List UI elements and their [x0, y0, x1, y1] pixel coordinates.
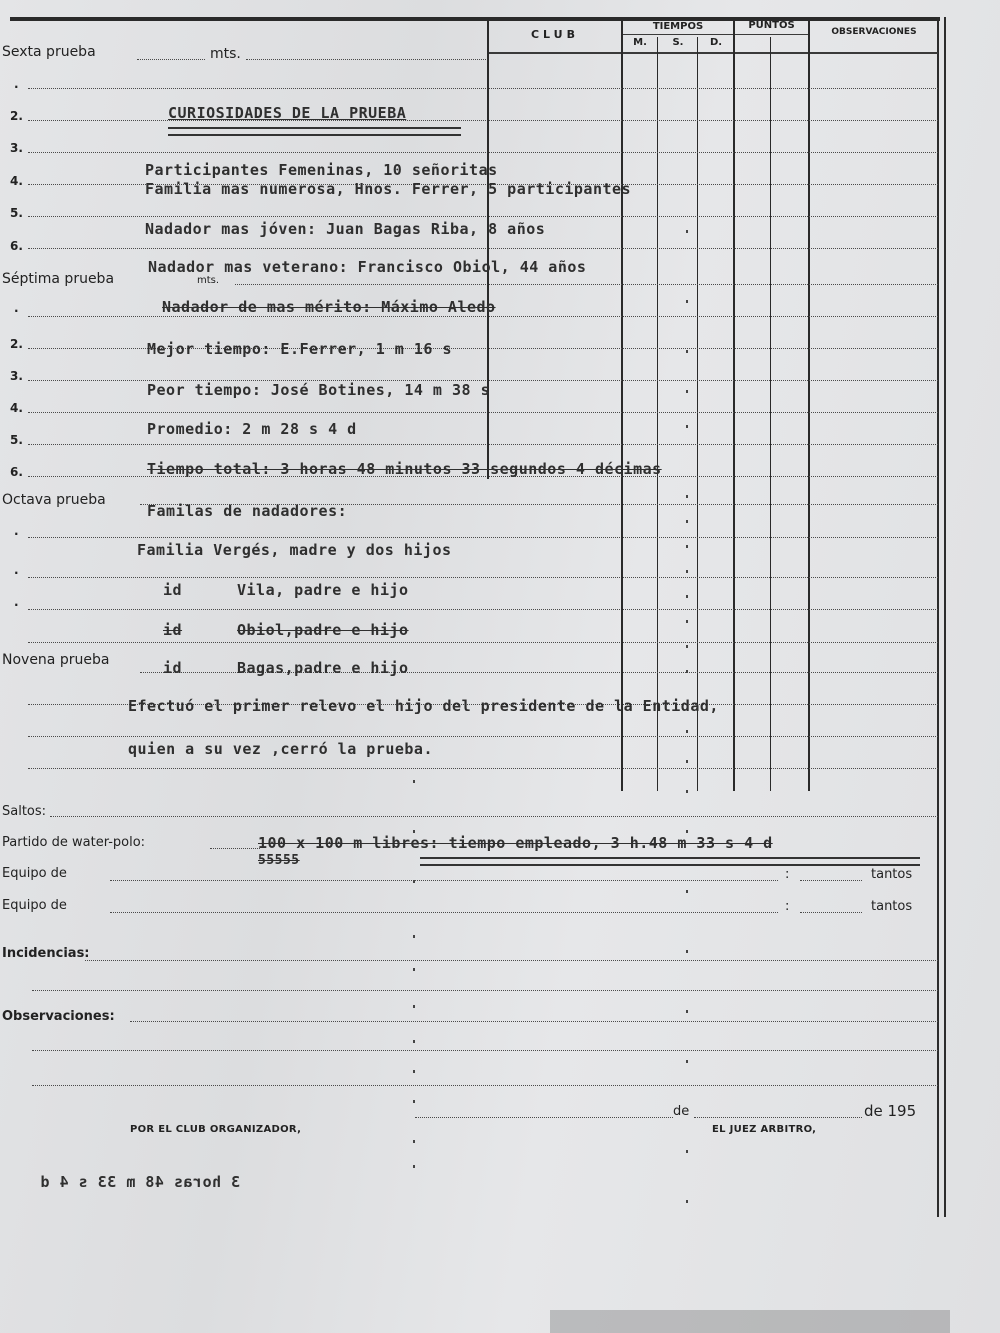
- sexta-prueba-label: Sexta prueba: [2, 44, 96, 60]
- row-line: [489, 284, 938, 285]
- row-line: [623, 577, 938, 578]
- sexta-row-4-num: 4.: [10, 174, 23, 188]
- dot: [686, 300, 688, 303]
- row-line: [489, 248, 938, 249]
- equipo-2-name-field[interactable]: [110, 912, 778, 913]
- septima-prueba-label: Séptima prueba: [2, 271, 114, 287]
- sexta-prueba-name-field[interactable]: [246, 59, 486, 60]
- septima-mts-label: mts.: [197, 275, 219, 286]
- dot: [686, 425, 688, 428]
- typed-line-primer-relevo: Efectuó el primer relevo el hijo del pre…: [128, 697, 719, 715]
- typed-line-familia-verges: Familia Vergés, madre y dos hijos: [137, 541, 452, 559]
- equipo-1-colon: :: [785, 867, 789, 882]
- dot: [686, 545, 688, 548]
- sexta-row-3-num: 3.: [10, 141, 23, 155]
- equipo-2-score-field[interactable]: [800, 912, 862, 913]
- row-line: [28, 248, 486, 249]
- typed-line-nadador-veterano: Nadador mas veterano: Francisco Obiol, 4…: [148, 258, 586, 276]
- typed-crossed-out-digits: 55555: [258, 853, 300, 868]
- typed-id-mark-1: id: [163, 581, 182, 599]
- puntos-split-line: [770, 37, 771, 791]
- saltos-label: Saltos:: [2, 804, 46, 819]
- equipo-2-colon: :: [785, 899, 789, 914]
- place-field[interactable]: [415, 1117, 673, 1118]
- equipo-1-name-field[interactable]: [110, 880, 778, 881]
- date-de-label: de: [673, 1104, 689, 1119]
- typed-line-cerro-prueba: quien a su vez ,cerró la prueba.: [128, 740, 433, 758]
- equipo-1-tantos-label: tantos: [871, 867, 912, 882]
- dot: [413, 880, 415, 883]
- heading-double-underline: [168, 127, 461, 136]
- row-line: [489, 348, 938, 349]
- septima-row-5-num: 5.: [10, 433, 23, 447]
- row-line: [235, 284, 486, 285]
- septima-row-6-num: 6.: [10, 465, 23, 479]
- page-bottom-shadow: [550, 1310, 950, 1333]
- typed-line-nadador-joven: Nadador mas jóven: Juan Bagas Riba, 8 añ…: [145, 220, 545, 238]
- octava-row-1-num: ·: [14, 527, 19, 541]
- typed-strike-rule: [420, 857, 920, 866]
- dot: [686, 595, 688, 598]
- typed-line-bagas: Bagas,padre e hijo: [237, 659, 409, 677]
- observaciones-col-left-line: [808, 19, 810, 791]
- row-line: [489, 216, 938, 217]
- puntos-header: PUNTOS: [735, 20, 808, 31]
- row-line: [489, 316, 938, 317]
- typed-id-mark-2: id: [163, 621, 182, 639]
- dot: [686, 570, 688, 573]
- row-line: [28, 577, 620, 578]
- septima-row-3-num: 3.: [10, 369, 23, 383]
- dot: [686, 620, 688, 623]
- dot: [686, 390, 688, 393]
- row-line: [28, 642, 620, 643]
- tiempos-d-header: D.: [699, 37, 733, 48]
- octava-prueba-label: Octava prueba: [2, 492, 106, 508]
- dot: [686, 670, 688, 673]
- row-line: [28, 316, 486, 317]
- saltos-field[interactable]: [50, 816, 938, 817]
- septima-row-1-num: ·: [14, 304, 19, 318]
- dot: [686, 1150, 688, 1153]
- row-line: [28, 88, 486, 89]
- row-line: [623, 736, 938, 737]
- swim-event-form-page: CLUB TIEMPOS M. S. D. PUNTOS OBSERVACION…: [0, 0, 1000, 1333]
- sexta-row-2-num: 2.: [10, 109, 23, 123]
- octava-row-2-num: ·: [14, 566, 19, 580]
- dot: [413, 780, 415, 783]
- dot: [413, 1040, 415, 1043]
- row-line: [623, 504, 938, 505]
- septima-row-4-num: 4.: [10, 401, 23, 415]
- equipo-2-tantos-label: tantos: [871, 899, 912, 914]
- row-line: [28, 609, 620, 610]
- row-line: [489, 152, 938, 153]
- equipo-1-score-field[interactable]: [800, 880, 862, 881]
- dot: [686, 230, 688, 233]
- dot: [686, 350, 688, 353]
- row-line: [623, 672, 938, 673]
- typed-line-nadador-merito: Nadador de mas mérito: Máximo Aledo: [162, 298, 496, 316]
- year-prefix-label: de 195: [864, 1102, 916, 1120]
- sexta-row-5-num: 5.: [10, 206, 23, 220]
- equipo-2-label: Equipo de: [2, 898, 67, 913]
- typed-line-familias-heading: Familas de nadadores:: [147, 502, 347, 520]
- dot: [413, 1100, 415, 1103]
- dot: [686, 645, 688, 648]
- dot: [413, 1005, 415, 1008]
- dot: [413, 968, 415, 971]
- typed-line-familia-numerosa: Familia mas numerosa, Hnos. Ferrer, 5 pa…: [145, 180, 631, 198]
- sexta-prueba-distance-field[interactable]: [137, 59, 205, 60]
- row-line: [28, 736, 620, 737]
- sexta-mts-label: mts.: [210, 46, 241, 62]
- observaciones-label: Observaciones:: [2, 1009, 115, 1024]
- mirrored-offset-text-wrap: 3 horas 48 m 33 s 4 d: [40, 1173, 240, 1191]
- novena-prueba-label: Novena prueba: [2, 652, 109, 668]
- dot: [413, 1140, 415, 1143]
- incidencias-label: Incidencias:: [2, 946, 90, 961]
- dot: [686, 760, 688, 763]
- incidencias-field-1[interactable]: [85, 960, 938, 961]
- header-bottom-rule: [489, 52, 938, 54]
- observaciones-field-3[interactable]: [32, 1085, 938, 1086]
- typed-line-mejor-tiempo: Mejor tiempo: E.Ferrer, 1 m 16 s: [147, 340, 452, 358]
- row-line: [623, 609, 938, 610]
- typed-line-peor-tiempo: Peor tiempo: José Botines, 14 m 38 s: [147, 381, 490, 399]
- water-polo-label: Partido de water-polo:: [2, 835, 145, 850]
- dot: [686, 950, 688, 953]
- puntos-col-left-line: [733, 19, 735, 791]
- tiempos-header: TIEMPOS: [623, 21, 733, 32]
- mirrored-offset-text: 3 horas 48 m 33 s 4 d: [40, 1173, 240, 1191]
- dot: [686, 790, 688, 793]
- dot: [686, 1060, 688, 1063]
- equipo-1-label: Equipo de: [2, 866, 67, 881]
- typed-line-participantes: Participantes Femeninas, 10 señoritas: [145, 161, 498, 179]
- right-border-rule: [937, 17, 946, 1217]
- row-line: [28, 444, 486, 445]
- row-line: [28, 216, 486, 217]
- dot: [686, 520, 688, 523]
- row-line: [623, 537, 938, 538]
- typed-id-mark-3: id: [163, 659, 182, 677]
- dot: [686, 1010, 688, 1013]
- sexta-row-1-num: ·: [14, 80, 19, 94]
- typed-line-obiol: Obiol,padre e hijo: [237, 621, 409, 639]
- tiempos-d-col-line: [697, 37, 698, 791]
- tiempos-col-left-line: [621, 19, 623, 791]
- septima-row-2-num: 2.: [10, 337, 23, 351]
- dot: [413, 1070, 415, 1073]
- typed-line-tiempo-total: Tiempo total: 3 horas 48 minutos 33 segu…: [147, 460, 662, 478]
- puntos-underline: [735, 34, 808, 35]
- tiempos-underline: [623, 34, 733, 35]
- observaciones-header: OBSERVACIONES: [810, 27, 938, 37]
- observaciones-field-2[interactable]: [32, 1050, 938, 1051]
- dot: [413, 830, 415, 833]
- dot: [686, 830, 688, 833]
- row-line: [489, 412, 938, 413]
- typed-water-polo-summary: 100 x 100 m libres: tiempo empleado, 3 h…: [258, 834, 773, 852]
- row-line: [623, 768, 938, 769]
- row-line: [28, 768, 620, 769]
- typed-line-promedio: Promedio: 2 m 28 s 4 d: [147, 420, 357, 438]
- row-line: [28, 152, 486, 153]
- dot: [686, 495, 688, 498]
- dot: [686, 730, 688, 733]
- incidencias-field-2[interactable]: [32, 990, 938, 991]
- row-line: [28, 537, 620, 538]
- typed-line-vila: Vila, padre e hijo: [237, 581, 409, 599]
- row-line: [623, 642, 938, 643]
- club-header: CLUB: [489, 28, 621, 41]
- row-line: [28, 412, 486, 413]
- row-line: [489, 88, 938, 89]
- octava-row-3-num: ·: [14, 598, 19, 612]
- sexta-row-6-num: 6.: [10, 239, 23, 253]
- tiempos-m-header: M.: [623, 37, 657, 48]
- water-polo-field[interactable]: [210, 848, 260, 849]
- row-line: [489, 120, 938, 121]
- observaciones-field-1[interactable]: [130, 1021, 938, 1022]
- dot: [686, 1200, 688, 1203]
- row-line: [489, 380, 938, 381]
- dot: [413, 935, 415, 938]
- club-organizador-signature-label: POR EL CLUB ORGANIZADOR,: [130, 1124, 301, 1135]
- juez-arbitro-signature-label: EL JUEZ ARBITRO,: [712, 1124, 816, 1135]
- tiempos-s-col-line: [657, 37, 658, 791]
- row-line: [489, 444, 938, 445]
- curiosidades-heading: CURIOSIDADES DE LA PRUEBA: [168, 104, 406, 122]
- tiempos-s-header: S.: [659, 37, 697, 48]
- month-field[interactable]: [694, 1117, 862, 1118]
- dot: [686, 890, 688, 893]
- dot: [413, 1165, 415, 1168]
